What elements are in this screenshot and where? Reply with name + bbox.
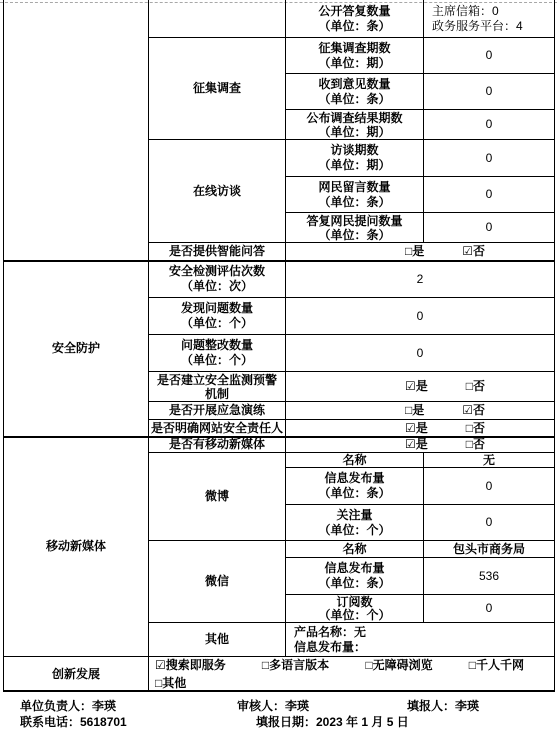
value-line: 产品名称：无 — [294, 625, 366, 640]
metric-unit: （单位：次） — [181, 279, 253, 294]
checkbox-no: ☑否 — [462, 403, 485, 418]
section-label-mobile: 移动新媒体 — [4, 437, 149, 657]
metric-name: 收到意见数量 — [318, 77, 390, 92]
metric-name: 信息发布量 — [324, 561, 384, 576]
row-label-emergency-drill: 是否开展应急演练 — [149, 402, 286, 420]
metric-unit: （单位：个） — [318, 523, 390, 538]
checkbox-no: ☑否 — [462, 244, 485, 259]
row-label-warning-mechanism: 是否建立安全监测预警机制 — [149, 372, 286, 402]
checkbox-search-service: ☑搜索即服务 — [155, 658, 226, 673]
report-page: { "page": { "open_reply": { "name": "公开答… — [0, 0, 557, 734]
metric-name-wechat-subscribers: 订阅数 （单位：个） — [286, 595, 424, 623]
value-weibo-name: 无 — [424, 453, 555, 468]
metric-unit: （单位：条） — [318, 92, 390, 107]
metric-unit: （单位：个） — [318, 609, 390, 622]
value-weibo-posts: 0 — [424, 468, 555, 505]
metric-name-interview-issues: 访谈期数 （单位：期） — [286, 140, 424, 177]
value-survey-results: 0 — [424, 110, 555, 140]
metric-unit: （单位：个） — [181, 316, 253, 331]
metric-unit: （单位：条） — [318, 576, 390, 591]
value-innovation: ☑搜索即服务 □多语言版本 □无障碍浏览 □千人千网 □其他 — [149, 657, 555, 692]
value-emergency-drill: □是 ☑否 — [286, 402, 555, 420]
metric-name: 访谈期数 — [330, 143, 378, 158]
section-cell-cutoff — [4, 0, 149, 261]
value-wechat-posts: 536 — [424, 558, 555, 595]
checkbox-no: □否 — [466, 379, 485, 394]
metric-unit: （单位：条） — [318, 19, 390, 34]
footer-phone: 联系电话：5618701 — [20, 713, 127, 730]
metric-name: 网民留言数量 — [318, 180, 390, 195]
value-smart-qa: □是 ☑否 — [286, 243, 555, 261]
metric-name-problems-found: 发现问题数量 （单位：个） — [149, 298, 286, 335]
metric-unit: （单位：条） — [318, 195, 390, 210]
footer-date: 填报日期：2023 年 1 月 5 日 — [256, 713, 409, 730]
checkbox-yes: ☑是 — [405, 421, 428, 436]
metric-name: 公开答复数量 — [318, 4, 390, 19]
footer-leader: 单位负责人：李瑛 — [20, 697, 116, 714]
subsection-cell-cutoff — [149, 0, 286, 38]
metric-name-wechat-name: 名称 — [286, 541, 424, 558]
metric-name-survey-issues: 征集调查期数 （单位：期） — [286, 38, 424, 74]
checkbox-no: □否 — [466, 421, 485, 436]
metric-name-replies-to-netizens: 答复网民提问数量 （单位：条） — [286, 213, 424, 243]
metric-name-problems-fixed: 问题整改数量 （单位：个） — [149, 335, 286, 372]
section-label-innovation: 创新发展 — [4, 657, 149, 692]
value-weibo-followers: 0 — [424, 505, 555, 541]
subsection-label-survey: 征集调查 — [149, 38, 286, 140]
checkbox-other: □其他 — [155, 676, 186, 691]
section-label-security: 安全防护 — [4, 261, 149, 437]
metric-unit: （单位：条） — [318, 228, 390, 242]
value-replies-to-netizens: 0 — [424, 213, 555, 243]
value-netizen-messages: 0 — [424, 177, 555, 213]
value-security-owner: ☑是 □否 — [286, 420, 555, 437]
checkbox-personalized: □千人千网 — [469, 658, 524, 673]
metric-name: 征集调查期数 — [318, 41, 390, 56]
value-other-media: 产品名称：无 信息发布量： — [286, 623, 555, 657]
value-line: 信息发布量： — [294, 640, 366, 655]
row-label-has-mobile: 是否有移动新媒体 — [149, 437, 286, 453]
metric-unit: （单位：个） — [181, 353, 253, 368]
value-security-check: 2 — [286, 261, 555, 298]
value-interview-issues: 0 — [424, 140, 555, 177]
metric-name: 安全检测评估次数 — [169, 264, 265, 279]
value-line: 政务服务平台：4 — [432, 19, 523, 34]
value-wechat-subscribers: 0 — [424, 595, 555, 623]
value-line: 主席信箱：0 — [432, 4, 499, 19]
row-label-smart-qa: 是否提供智能问答 — [149, 243, 286, 261]
value-has-mobile: ☑是 □否 — [286, 437, 555, 453]
subsection-label-weibo: 微博 — [149, 453, 286, 541]
metric-name-weibo-followers: 关注量 （单位：个） — [286, 505, 424, 541]
metric-name: 答复网民提问数量 — [306, 214, 402, 228]
metric-name-wechat-posts: 信息发布量 （单位：条） — [286, 558, 424, 595]
metric-name: 信息发布量 — [324, 471, 384, 486]
value-opinions-received: 0 — [424, 74, 555, 110]
checkbox-no: □否 — [466, 437, 485, 452]
innovation-options: ☑搜索即服务 □多语言版本 □无障碍浏览 □千人千网 — [149, 658, 554, 673]
metric-name: 关注量 — [336, 508, 372, 523]
checkbox-multilingual: □多语言版本 — [262, 658, 329, 673]
value-warning-mechanism: ☑是 □否 — [286, 372, 555, 402]
section-divider — [4, 436, 555, 438]
metric-name: 公布调查结果期数 — [306, 111, 402, 125]
subsection-label-other: 其他 — [149, 623, 286, 657]
metric-name-weibo-posts: 信息发布量 （单位：条） — [286, 468, 424, 505]
footer-filler: 填报人：李瑛 — [407, 697, 479, 714]
value-problems-fixed: 0 — [286, 335, 555, 372]
innovation-other: □其他 — [149, 676, 554, 691]
checkbox-yes: □是 — [405, 244, 424, 259]
metric-unit: （单位：期） — [318, 56, 390, 71]
subsection-label-wechat: 微信 — [149, 541, 286, 623]
footer-reviewer: 审核人：李瑛 — [237, 697, 309, 714]
checkbox-yes: ☑是 — [405, 437, 428, 452]
checkbox-yes: ☑是 — [405, 379, 428, 394]
metric-name: 订阅数 — [336, 596, 372, 609]
metric-name-opinions-received: 收到意见数量 （单位：条） — [286, 74, 424, 110]
value-wechat-name: 包头市商务局 — [424, 541, 555, 558]
table-bottom-border — [4, 690, 555, 692]
value-open-reply: 主席信箱：0 政务服务平台：4 — [424, 0, 555, 38]
metric-name: 问题整改数量 — [181, 338, 253, 353]
metric-unit: （单位：期） — [318, 125, 390, 139]
checkbox-accessibility: □无障碍浏览 — [365, 658, 432, 673]
row-label-security-owner: 是否明确网站安全责任人 — [149, 420, 286, 437]
blank-underline — [188, 679, 344, 691]
metric-name-security-check: 安全检测评估次数 （单位：次） — [149, 261, 286, 298]
metric-unit: （单位：期） — [318, 158, 390, 173]
report-table: 安全防护 移动新媒体 创新发展 征集调查 在线访谈 是否提供智能问答 安全检测评… — [3, 0, 555, 692]
value-problems-found: 0 — [286, 298, 555, 335]
value-survey-issues: 0 — [424, 38, 555, 74]
metric-unit: （单位：条） — [318, 486, 390, 501]
metric-name-weibo-name: 名称 — [286, 453, 424, 468]
metric-name: 发现问题数量 — [181, 301, 253, 316]
subsection-label-interview: 在线访谈 — [149, 140, 286, 243]
metric-name-open-reply: 公开答复数量 （单位：条） — [286, 0, 424, 38]
metric-name-survey-results: 公布调查结果期数 （单位：期） — [286, 110, 424, 140]
checkbox-yes: □是 — [405, 403, 424, 418]
section-divider — [4, 260, 555, 262]
metric-name-netizen-messages: 网民留言数量 （单位：条） — [286, 177, 424, 213]
